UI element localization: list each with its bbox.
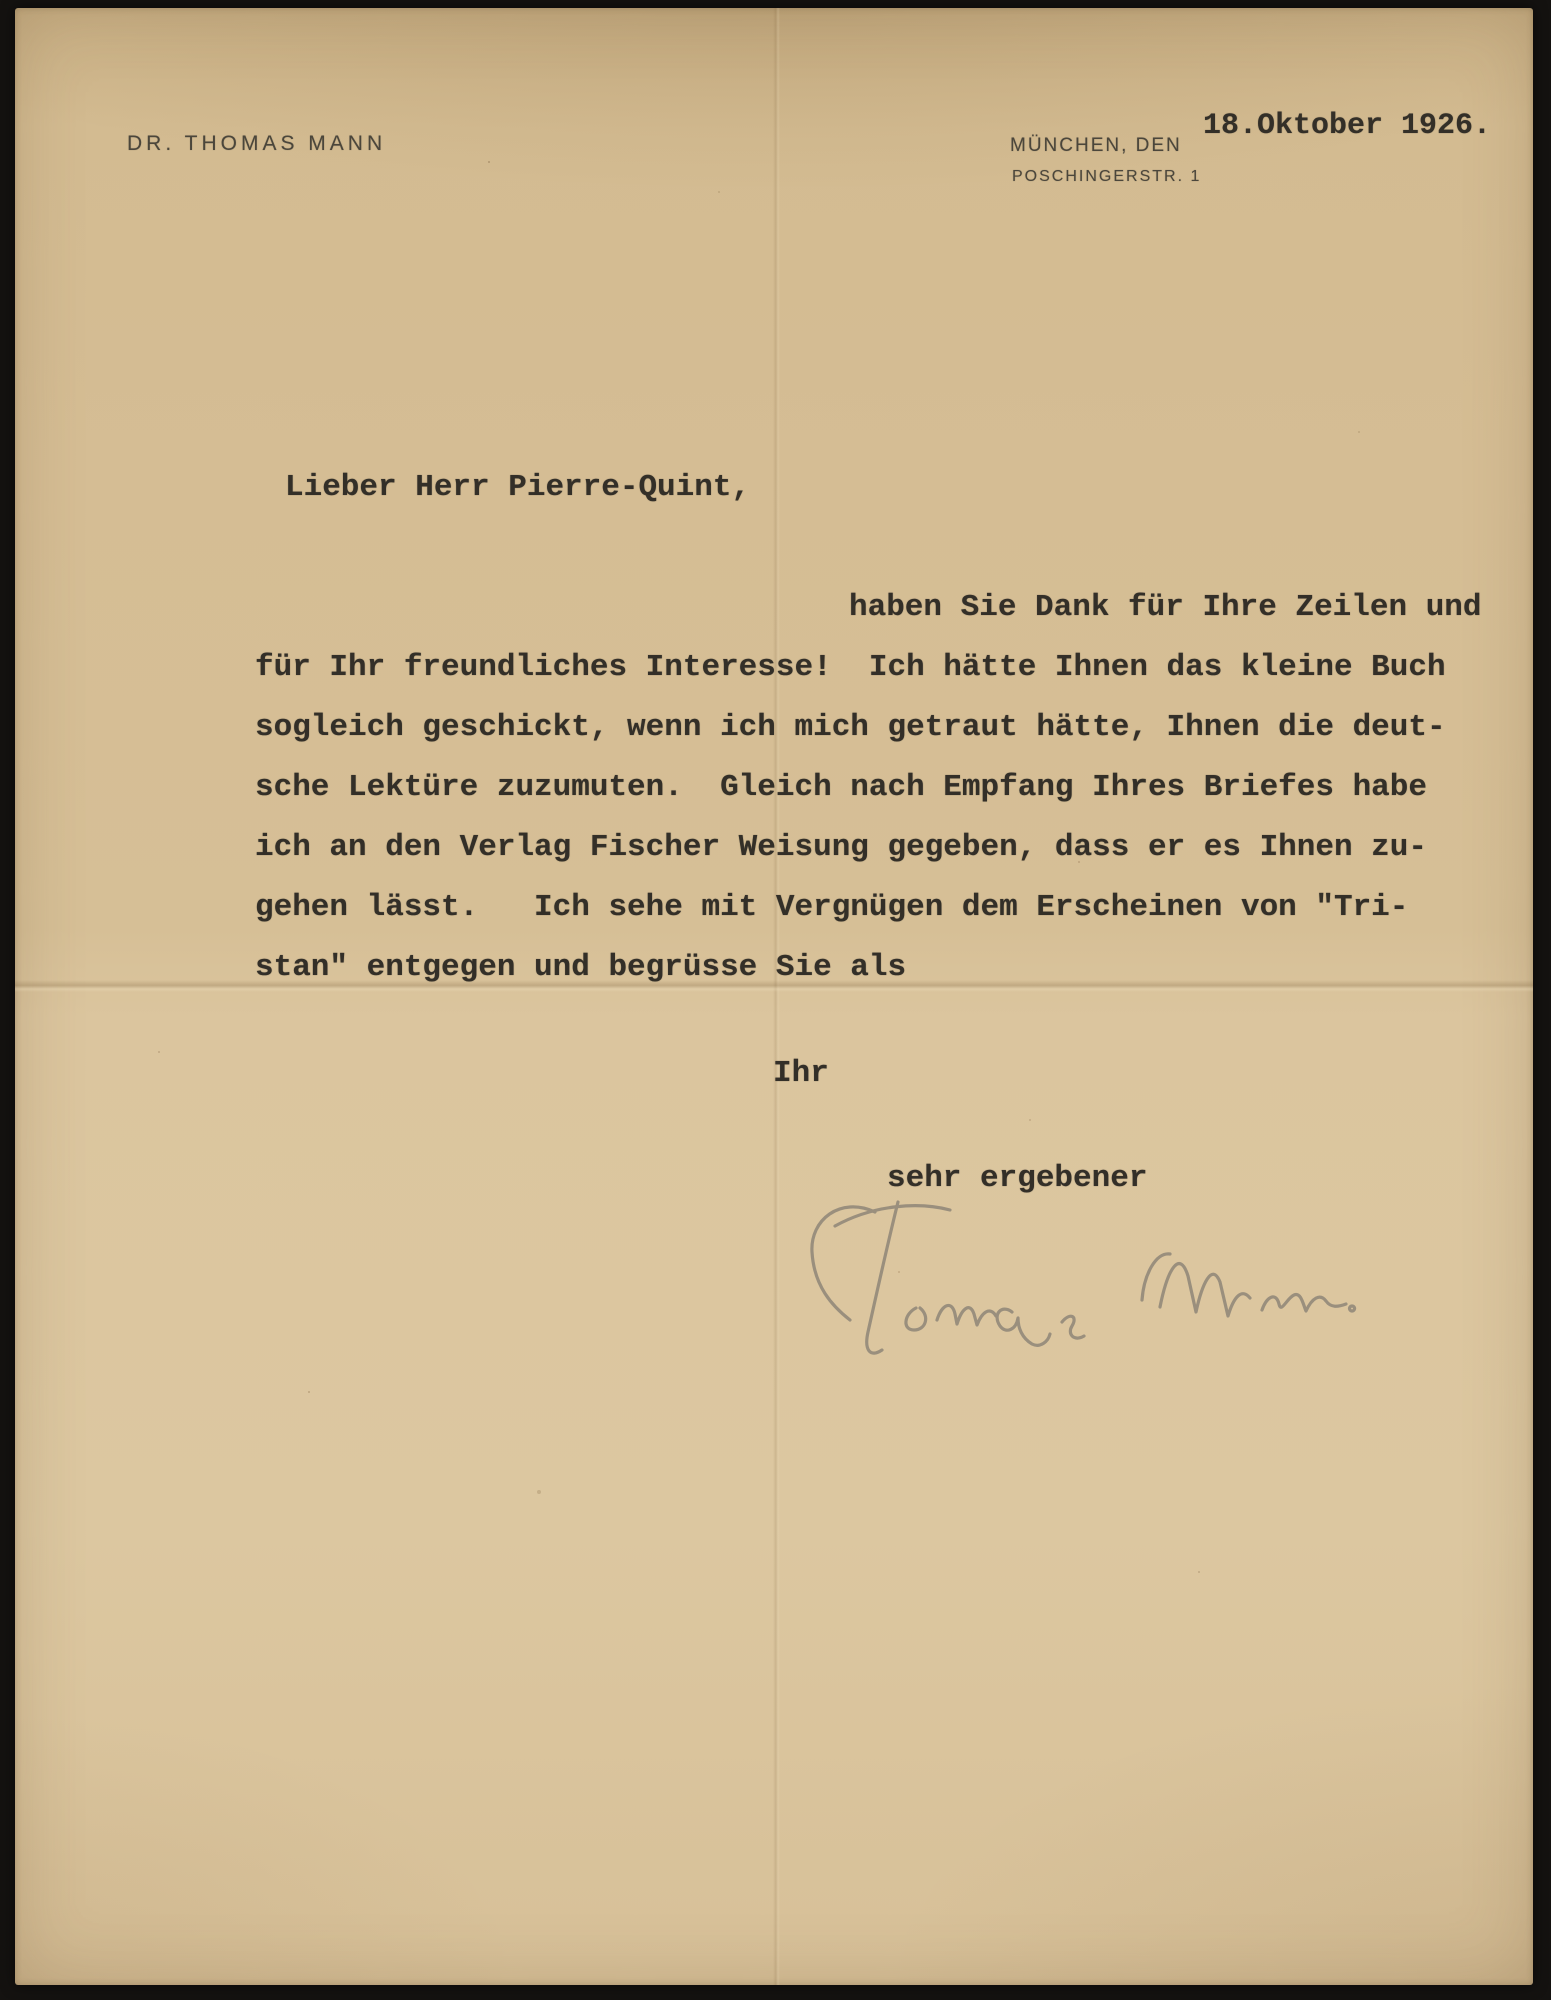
letterhead-name: DR. THOMAS MANN	[127, 132, 386, 156]
letter-page: DR. THOMAS MANN MÜNCHEN, DEN POSCHINGERS…	[15, 8, 1533, 1985]
letterhead-city-line: MÜNCHEN, DEN	[1010, 135, 1182, 157]
body-line: gehen lässt. Ich sehe mit Vergnügen dem …	[255, 878, 1495, 938]
body-line: haben Sie Dank für Ihre Zeilen und	[255, 578, 1495, 638]
letter-date: 18.Oktober 1926.	[1203, 109, 1491, 143]
closing-ihr: Ihr	[773, 1056, 829, 1091]
letter-body: haben Sie Dank für Ihre Zeilen und für I…	[255, 578, 1495, 998]
salutation: Lieber Herr Pierre-Quint,	[285, 470, 750, 505]
letterhead-street: POSCHINGERSTR. 1	[1012, 168, 1201, 186]
signature-thomas-mann	[780, 1190, 1360, 1380]
body-line: sche Lektüre zuzumuten. Gleich nach Empf…	[255, 758, 1495, 818]
body-line: sogleich geschickt, wenn ich mich getrau…	[255, 698, 1495, 758]
paper-speckles	[15, 8, 19, 12]
body-line: stan" entgegen und begrüsse Sie als	[255, 938, 1495, 998]
body-line: ich an den Verlag Fischer Weisung gegebe…	[255, 818, 1495, 878]
body-line: für Ihr freundliches Interesse! Ich hätt…	[255, 638, 1495, 698]
